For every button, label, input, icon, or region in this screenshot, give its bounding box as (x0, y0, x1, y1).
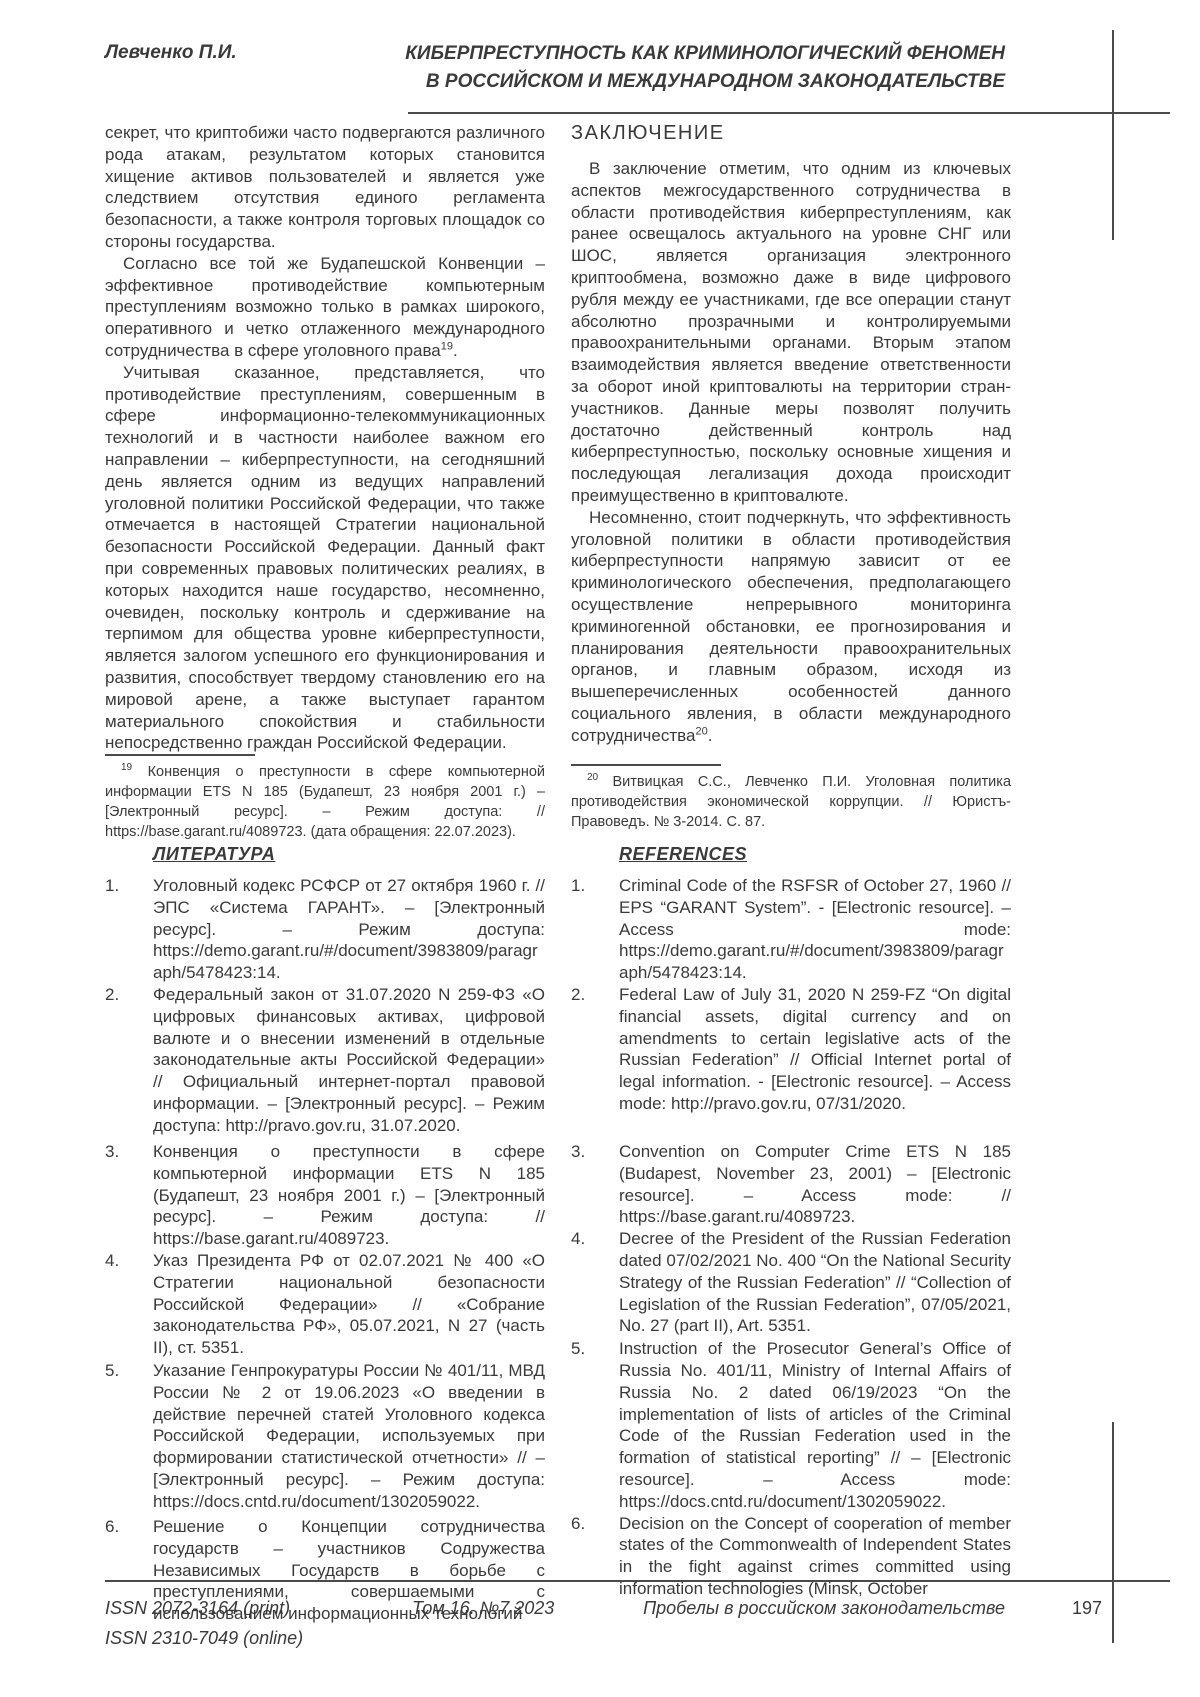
journal-page: Левченко П.И. КИБЕРПРЕСТУПНОСТЬ КАК КРИМ… (0, 0, 1200, 1697)
left-column: секрет, что криптобижи часто подвергаютс… (105, 122, 545, 1625)
footnote-19: 19 Конвенция о преступности в сфере комп… (105, 762, 545, 842)
margin-rule-top (1112, 30, 1114, 240)
right-paragraphs: В заключение отметим, что одним из ключе… (571, 158, 1011, 747)
item-text: Федеральный закон от 31.07.2020 N 259-ФЗ… (153, 985, 545, 1135)
paragraph: Несомненно, стоит подчеркнуть, что эффек… (571, 507, 1011, 747)
list-item: 5.Instruction of the Prosecutor General’… (571, 1338, 1011, 1512)
literature-heading: ЛИТЕРАТУРА (153, 844, 545, 865)
item-number: 5. (105, 1360, 139, 1382)
item-number: 2. (105, 984, 139, 1006)
item-text: Instruction of the Prosecutor General’s … (619, 1339, 1011, 1511)
item-number: 1. (571, 875, 605, 897)
list-item: 3.Конвенция о преступности в сфере компь… (105, 1141, 545, 1250)
page-header-author: Левченко П.И. (105, 42, 237, 64)
item-number: 6. (105, 1516, 139, 1538)
literature-list: 1.Уголовный кодекс РСФСР от 27 октября 1… (105, 875, 545, 1625)
article-body: секрет, что криптобижи часто подвергаютс… (105, 122, 1011, 1625)
right-footnote-block: 20 Витвицкая С.С., Левченко П.И. Уголовн… (571, 764, 1011, 832)
list-item: 5.Указание Генпрокуратуры России № 401/1… (105, 1360, 545, 1516)
footnote-20: 20 Витвицкая С.С., Левченко П.И. Уголовн… (571, 772, 1011, 832)
volume-issue: Том 16. №7 2023 (412, 1598, 554, 1619)
list-item: 2.Федеральный закон от 31.07.2020 N 259-… (105, 984, 545, 1141)
article-title-line2: В РОССИЙСКОМ И МЕЖДУНАРОДНОМ ЗАКОНОДАТЕЛ… (405, 68, 1005, 96)
footnote-separator (105, 754, 255, 756)
item-number: 2. (571, 984, 605, 1006)
item-text: Decree of the President of the Russian F… (619, 1229, 1011, 1335)
left-paragraphs: секрет, что криптобижи часто подвергаютс… (105, 122, 545, 754)
article-title: КИБЕРПРЕСТУПНОСТЬ КАК КРИМИНОЛОГИЧЕСКИЙ … (405, 40, 1005, 96)
references-heading: REFERENCES (619, 844, 1011, 865)
list-item: 4.Указ Президента РФ от 02.07.2021 № 400… (105, 1250, 545, 1360)
item-number: 3. (105, 1141, 139, 1163)
item-text: Конвенция о преступности в сфере компьют… (153, 1142, 545, 1248)
journal-title: Пробелы в российском законодательстве (643, 1598, 1005, 1619)
footnote-ref-19: 19 (441, 340, 453, 352)
left-column-text: секрет, что криптобижи часто подвергаютс… (105, 122, 545, 832)
item-text: Уголовный кодекс РСФСР от 27 октября 196… (153, 876, 545, 982)
list-item: 1.Уголовный кодекс РСФСР от 27 октября 1… (105, 875, 545, 984)
item-number: 4. (105, 1250, 139, 1272)
issn-print: ISSN 2072-3164 (print) (105, 1598, 290, 1619)
issn-online: ISSN 2310-7049 (online) (105, 1628, 303, 1649)
list-item: 3.Convention on Computer Crime ETS N 185… (571, 1141, 1011, 1228)
footnote-separator (571, 764, 721, 766)
references-list: 1.Criminal Code of the RSFSR of October … (571, 875, 1011, 1600)
item-text: Decision on the Concept of cooperation o… (619, 1514, 1011, 1598)
item-number: 5. (571, 1338, 605, 1360)
item-text: Federal Law of July 31, 2020 N 259-FZ “O… (619, 985, 1011, 1113)
paragraph: секрет, что криптобижи часто подвергаютс… (105, 122, 545, 253)
right-column-text: ЗАКЛЮЧЕНИЕ В заключение отметим, что одн… (571, 122, 1011, 832)
page-number: 197 (1072, 1598, 1102, 1619)
paragraph: Согласно все той же Будапешской Конвенци… (105, 253, 545, 362)
right-column: ЗАКЛЮЧЕНИЕ В заключение отметим, что одн… (571, 122, 1011, 1625)
header-rule (408, 112, 1170, 114)
paragraph: В заключение отметим, что одним из ключе… (571, 158, 1011, 507)
item-number: 4. (571, 1228, 605, 1250)
item-text: Указ Президента РФ от 02.07.2021 № 400 «… (153, 1251, 545, 1357)
footnote-ref-20: 20 (695, 725, 707, 737)
paragraph: Учитывая сказанное, представляется, что … (105, 362, 545, 754)
footer-rule (105, 1580, 1170, 1582)
item-number: 3. (571, 1141, 605, 1163)
item-text: Criminal Code of the RSFSR of October 27… (619, 876, 1011, 982)
item-text: Convention on Computer Crime ETS N 185 (… (619, 1142, 1011, 1226)
item-text: Указание Генпрокуратуры России № 401/11,… (153, 1361, 545, 1511)
list-item: 6.Decision on the Concept of cooperation… (571, 1513, 1011, 1600)
item-number: 1. (105, 875, 139, 897)
left-footnote-block: 19 Конвенция о преступности в сфере комп… (105, 754, 545, 842)
list-item: 2.Federal Law of July 31, 2020 N 259-FZ … (571, 984, 1011, 1141)
article-title-line1: КИБЕРПРЕСТУПНОСТЬ КАК КРИМИНОЛОГИЧЕСКИЙ … (405, 40, 1005, 68)
margin-rule-bottom (1112, 1422, 1114, 1643)
list-item: 1.Criminal Code of the RSFSR of October … (571, 875, 1011, 984)
item-number: 6. (571, 1513, 605, 1535)
conclusion-heading: ЗАКЛЮЧЕНИЕ (571, 122, 1011, 145)
list-item: 4.Decree of the President of the Russian… (571, 1228, 1011, 1338)
